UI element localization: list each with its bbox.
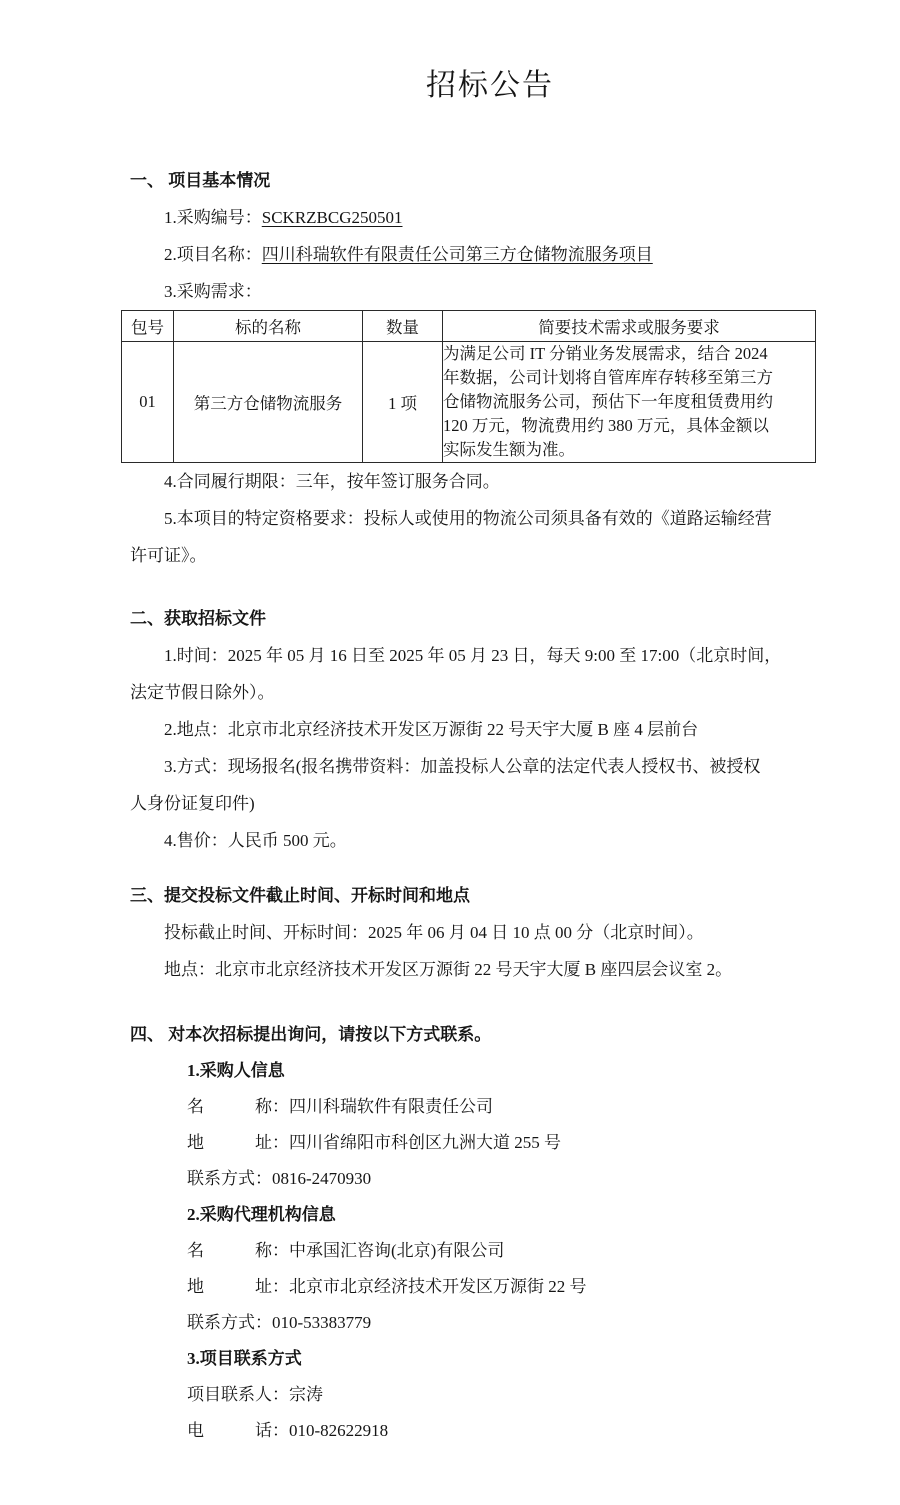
qualification-line: 5.本项目的特定资格要求：投标人或使用的物流公司须具备有效的《道路运输经营 许可… [130, 500, 850, 574]
project-contact-heading: 3.项目联系方式 [130, 1341, 850, 1377]
agency-name-line: 名 称：中承国汇咨询(北京)有限公司 [130, 1233, 850, 1269]
section-4-heading: 四、 对本次招标提出询问，请按以下方式联系。 [130, 1016, 850, 1053]
table-row: 01 第三方仓储物流服务 1 项 为满足公司 IT 分销业务发展需求，结合 20… [122, 342, 816, 463]
bid-deadline-line: 投标截止时间、开标时间：2025 年 06 月 04 日 10 点 00 分（北… [130, 914, 850, 951]
cell-subject-name: 第三方仓储物流服务 [174, 342, 363, 463]
project-name-value: 四川科瑞软件有限责任公司第三方仓储物流服务项目 [262, 245, 653, 264]
purchaser-phone-line: 联系方式：0816-2470930 [130, 1161, 850, 1197]
document-content: 招标公告 一、 项目基本情况 1.采购编号：SCKRZBCG250501 2.项… [130, 64, 850, 1449]
cell-quantity: 1 项 [363, 342, 443, 463]
bid-opening-location-line: 地点：北京市北京经济技术开发区万源街 22 号天宇大厦 B 座四层会议室 2。 [130, 951, 850, 988]
project-contact-phone-line: 电 话：010-82622918 [130, 1413, 850, 1449]
column-header-package-no: 包号 [122, 311, 174, 342]
agency-address-line: 地 址：北京市北京经济技术开发区万源街 22 号 [130, 1269, 850, 1305]
procurement-requirements-table: 包号 标的名称 数量 简要技术需求或服务要求 01 第三方仓储物流服务 1 项 … [121, 310, 816, 463]
purchaser-address-line: 地 址：四川省绵阳市科创区九洲大道 255 号 [130, 1125, 850, 1161]
project-name-line: 2.项目名称：四川科瑞软件有限责任公司第三方仓储物流服务项目 [130, 236, 850, 273]
cell-requirement: 为满足公司 IT 分销业务发展需求，结合 2024 年数据，公司计划将自管库库存… [443, 342, 816, 463]
column-header-subject-name: 标的名称 [174, 311, 363, 342]
section-3-heading: 三、提交投标文件截止时间、开标时间和地点 [130, 877, 850, 914]
purchaser-info-heading: 1.采购人信息 [130, 1053, 850, 1089]
obtain-method-line: 3.方式：现场报名(报名携带资料：加盖投标人公章的法定代表人授权书、被授权 人身… [130, 748, 850, 822]
obtain-location-line: 2.地点：北京市北京经济技术开发区万源街 22 号天宇大厦 B 座 4 层前台 [130, 711, 850, 748]
agency-phone-line: 联系方式：010-53383779 [130, 1305, 850, 1341]
section-1-heading: 一、 项目基本情况 [130, 162, 850, 199]
agency-info-heading: 2.采购代理机构信息 [130, 1197, 850, 1233]
procurement-number-label: 1.采购编号： [164, 208, 262, 227]
procurement-number-line: 1.采购编号：SCKRZBCG250501 [130, 199, 850, 236]
procurement-demand-label: 3.采购需求： [130, 273, 850, 310]
table-header-row: 包号 标的名称 数量 简要技术需求或服务要求 [122, 311, 816, 342]
purchaser-name-line: 名 称：四川科瑞软件有限责任公司 [130, 1089, 850, 1125]
contract-term-line: 4.合同履行期限：三年，按年签订服务合同。 [130, 463, 850, 500]
obtain-price-line: 4.售价：人民币 500 元。 [130, 822, 850, 859]
procurement-number-value: SCKRZBCG250501 [262, 208, 403, 227]
column-header-quantity: 数量 [363, 311, 443, 342]
project-contact-person-line: 项目联系人：宗涛 [130, 1377, 850, 1413]
section-2-heading: 二、获取招标文件 [130, 600, 850, 637]
column-header-requirement: 简要技术需求或服务要求 [443, 311, 816, 342]
obtain-time-line: 1.时间：2025 年 05 月 16 日至 2025 年 05 月 23 日，… [130, 637, 850, 711]
project-name-label: 2.项目名称： [164, 245, 262, 264]
document-page: 招标公告 一、 项目基本情况 1.采购编号：SCKRZBCG250501 2.项… [0, 0, 900, 1505]
document-title: 招标公告 [130, 64, 850, 108]
cell-package-no: 01 [122, 342, 174, 463]
